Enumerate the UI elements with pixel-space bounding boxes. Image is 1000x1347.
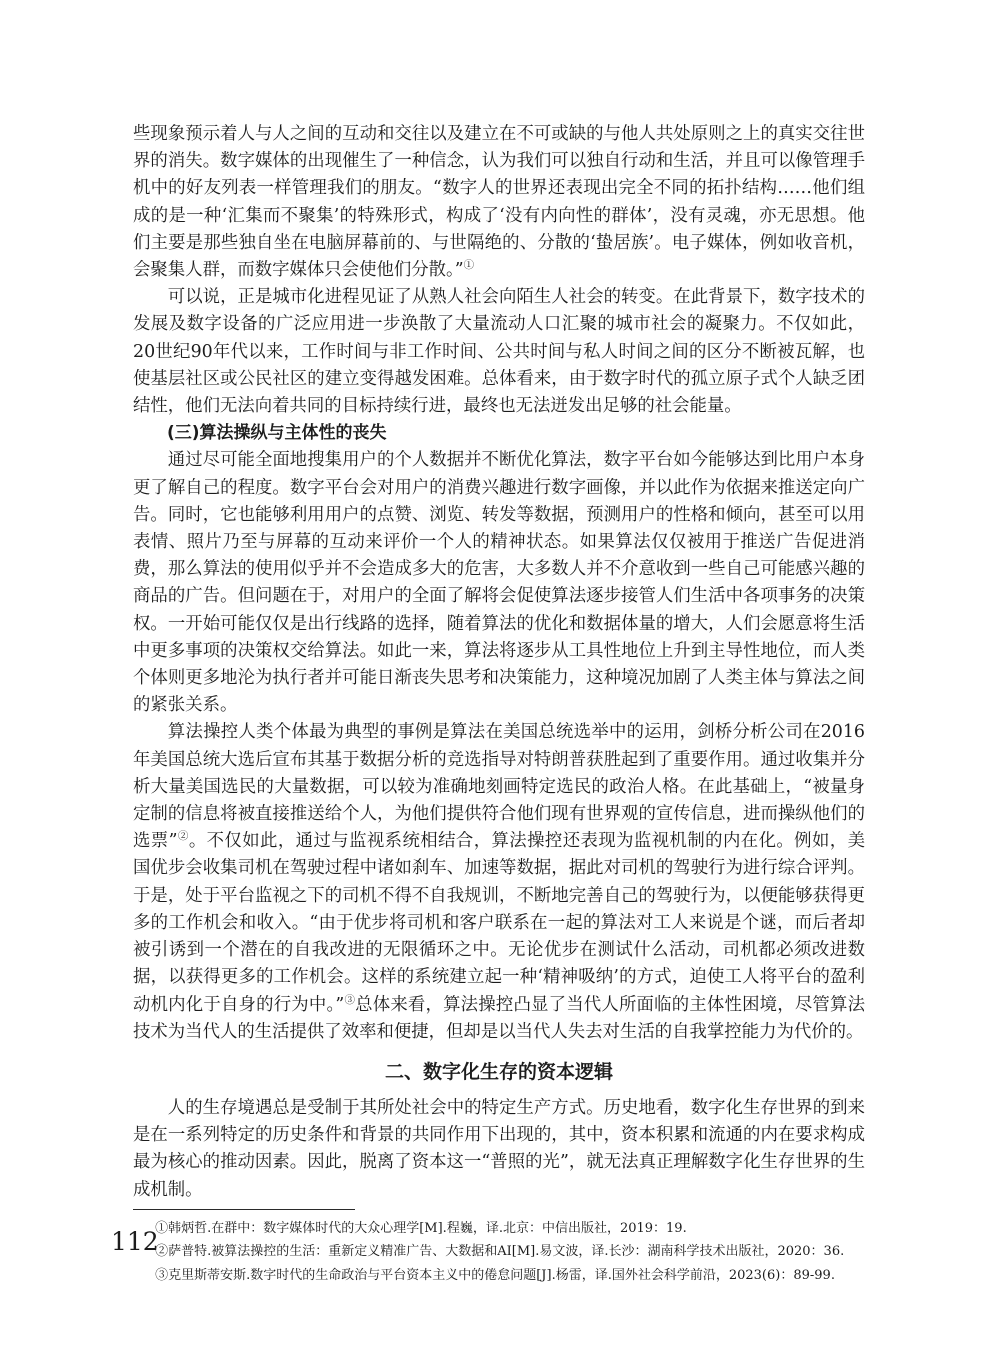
paragraph-text: 。不仅如此，通过与监视系统相结合，算法操控还表现为监视机制的内在化。例如，美国优…: [133, 831, 865, 1014]
footnote-2: ②萨普特.被算法操控的生活：重新定义精准广告、大数据和AI[M].易文波，译.长…: [133, 1240, 865, 1263]
footnote-ref-1: ①: [464, 259, 475, 271]
journal-page: 些现象预示着人与人之间的互动和交往以及建立在不可或缺的与他人共处原则之上的真实交…: [0, 0, 1000, 1347]
footnote-ref-3: ③: [344, 994, 355, 1006]
page-body: 些现象预示着人与人之间的互动和交往以及建立在不可或缺的与他人共处原则之上的真实交…: [133, 121, 865, 1287]
paragraph-urbanization: 可以说，正是城市化进程见证了从熟人社会向陌生人社会的转变。在此背景下，数字技术的…: [133, 284, 865, 420]
footnote-1: ①韩炳哲.在群中：数字媒体时代的大众心理学[M].程巍，译.北京：中信出版社，2…: [133, 1217, 865, 1240]
paragraph-continued: 些现象预示着人与人之间的互动和交往以及建立在不可或缺的与他人共处原则之上的真实交…: [133, 121, 865, 284]
paragraph-algorithm-profiling: 通过尽可能全面地搜集用户的个人数据并不断优化算法，数字平台如今能够达到比用户本身…: [133, 447, 865, 719]
paragraph-algorithm-manipulation: 算法操控人类个体最为典型的事例是算法在美国总统选举中的运用，剑桥分析公司在201…: [133, 719, 865, 1045]
footnote-3: ③克里斯蒂安斯.数字时代的生命政治与平台资本主义中的倦怠问题[J].杨雷，译.国…: [133, 1264, 865, 1287]
subsection-heading-3: (三)算法操纵与主体性的丧失: [133, 420, 865, 447]
footnotes-block: ①韩炳哲.在群中：数字媒体时代的大众心理学[M].程巍，译.北京：中信出版社，2…: [133, 1217, 865, 1287]
section-heading-2: 二、数字化生存的资本逻辑: [133, 1059, 865, 1086]
footnote-separator: [133, 1209, 355, 1210]
paragraph-capital-logic: 人的生存境遇总是受制于其所处社会中的特定生产方式。历史地看，数字化生存世界的到来…: [133, 1095, 865, 1204]
paragraph-text: 些现象预示着人与人之间的互动和交往以及建立在不可或缺的与他人共处原则之上的真实交…: [133, 124, 865, 280]
footnote-ref-2: ②: [178, 830, 189, 842]
page-number: 112: [111, 1227, 159, 1256]
